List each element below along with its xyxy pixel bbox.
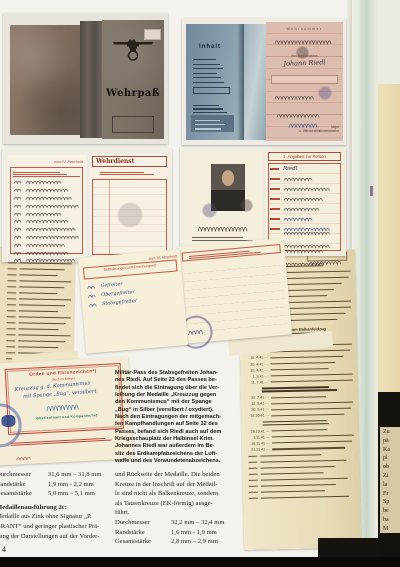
person-data-title: 1. Angaben zur Person	[268, 152, 341, 161]
ink-blot	[1, 415, 16, 428]
handwriting-squiggle	[25, 258, 77, 263]
handwriting-squiggle	[13, 196, 22, 201]
clipped-text-fragment: ob	[383, 463, 400, 472]
handwritten-row	[13, 257, 80, 265]
handwriting-squiggle	[86, 284, 97, 290]
text-line-bar	[193, 105, 219, 106]
table-header	[13, 169, 80, 177]
dash: —	[264, 368, 268, 372]
handwritten-entries	[13, 179, 80, 265]
dash: —	[266, 429, 270, 433]
dash: —	[266, 435, 270, 439]
handwriting-squiggle	[25, 235, 80, 240]
entry-text-bar	[271, 407, 352, 410]
row-label	[270, 168, 283, 169]
handwritten-row	[13, 202, 80, 210]
dimension-term: Gesamtstärke	[115, 537, 171, 547]
photo-service-spread: zum IV. Abschnitt Wehrdienst	[2, 148, 172, 262]
clipped-text-fragment: Zu	[383, 428, 400, 437]
handwritten-row	[13, 195, 80, 203]
handwriting-squiggle	[25, 227, 76, 232]
dash: —	[265, 402, 269, 406]
text-line-bar	[13, 174, 67, 175]
photo-caption: Militär-Pass des Stabsgefreiten Johan- n…	[115, 370, 223, 465]
handwritten-row	[13, 226, 80, 234]
orders-box: Orden und Ehrenzeichen*) (auch im Kriege…	[5, 363, 124, 435]
issuer-rank-lines: Major u. Wehrbezirkskommandeur	[299, 125, 339, 133]
combat-entry-row: 18.10.41—	[247, 411, 353, 419]
handwriting-squiggle	[283, 197, 325, 202]
clipped-text-fragment: be	[383, 507, 400, 516]
dash: —	[265, 374, 269, 378]
combat-entry-row: 11. 7.41—	[247, 377, 353, 385]
contents-page: Inhalt	[186, 24, 244, 140]
name-box	[112, 116, 154, 133]
dimension-rows: Durchmesser32,2 mm – 32,4 mmRandstärke1,…	[115, 518, 241, 547]
clipped-text-fragment: la	[383, 481, 400, 490]
handwritten-row	[13, 218, 80, 226]
handwriting-squiggle	[283, 244, 331, 249]
form-band	[271, 75, 338, 84]
dimension-term: Randstärke	[0, 480, 48, 490]
portrait-page	[184, 151, 263, 252]
entry-date: 30. 9.41	[247, 408, 264, 412]
dimension-term: Randstärke	[115, 528, 171, 538]
handwriting-squiggle	[13, 188, 22, 193]
handwriting-squiggle	[13, 243, 22, 248]
text-line-bar	[193, 64, 220, 65]
text-line-bar	[13, 172, 60, 173]
variant-body-continued: und Rückseite der Medaille. Die beiden K…	[115, 470, 241, 518]
photo-wehrpass-inner-pages: Inhalt Wehrnummer des Paßinhabers Johann…	[182, 18, 346, 145]
dash: —	[265, 414, 269, 418]
text-line-bar	[195, 128, 221, 129]
clipped-text-fragment: Ka	[383, 446, 400, 455]
clipped-text-fragment: Sp	[383, 498, 400, 507]
orders-page: Orden und Ehrenzeichen*) (auch im Kriege…	[0, 357, 134, 466]
service-right-page: Wehrdienst	[90, 154, 169, 258]
contents-lines	[193, 56, 230, 86]
promotion-right-page	[177, 238, 292, 344]
handwriting-squiggle	[25, 251, 71, 256]
text-line-bar	[100, 174, 154, 175]
wehrdienst-title: Wehrdienst	[92, 156, 167, 167]
entry-date: 16. 4.41	[246, 356, 263, 360]
text-line-bar	[262, 389, 338, 392]
unit-stamp-icon	[318, 86, 332, 100]
handwriting-squiggle	[13, 235, 22, 240]
entry-text-bar	[271, 414, 344, 417]
combat-entries-block-3: 30. 7.41—12. 8.41—30. 9.41—18.10.41—	[247, 393, 353, 420]
section-corner-label: zum IV. Abschnitt	[54, 160, 83, 164]
entry-text-bar	[271, 429, 326, 431]
handwriting-squiggle	[283, 217, 315, 222]
facing-page-text-fragments: ZupäKaplobZilaFrSpbebaM	[380, 427, 400, 533]
table-row	[270, 204, 339, 214]
dash: —	[266, 441, 270, 445]
contents-note-box	[193, 87, 230, 94]
section-header-bars	[262, 386, 338, 392]
faint-stamp-icon	[117, 202, 143, 228]
text-line-bar	[193, 59, 216, 60]
surname-value: Riedl	[283, 166, 297, 172]
handwriting-squiggle	[13, 227, 22, 232]
handwriting-line	[274, 88, 314, 106]
dimension-value: 2,8 mm – 2,9 mm	[171, 537, 218, 547]
entry-date: 1.11.41	[248, 435, 265, 439]
handwritten-row	[13, 234, 80, 242]
red-annotation	[15, 448, 34, 467]
handwriting-squiggle	[25, 188, 69, 193]
page-fold-shadow	[237, 24, 244, 140]
rank-handwriting: Gefreiter	[100, 282, 123, 289]
handwriting-squiggle	[25, 180, 63, 185]
wehrpass-back-cover	[10, 25, 82, 135]
clipped-text-fragment: pl	[383, 454, 400, 463]
handwriting-squiggle	[15, 456, 33, 462]
handwriting-squiggle	[88, 302, 99, 308]
table-row: Riedl	[270, 164, 339, 174]
dash: —	[264, 362, 268, 366]
handwriting-squiggle	[283, 262, 323, 267]
text-line-bar	[193, 108, 223, 109]
wehrpass-spine	[80, 21, 102, 138]
photo-wehrpass-cover: Wehrpaß	[3, 13, 168, 144]
dash: —	[265, 395, 269, 399]
entry-text-bar	[270, 368, 328, 370]
handwritten-row	[13, 210, 80, 218]
text-line-bar	[193, 68, 223, 69]
stamp-icon	[240, 199, 253, 212]
text-line-bar	[270, 168, 279, 169]
table-row	[270, 184, 339, 194]
specs-right-column: und Rückseite der Medaille. Die beiden K…	[115, 470, 241, 547]
combat-entries-block-5	[248, 451, 355, 501]
dimension-value: 31,6 mm – 31,8 mm	[48, 470, 101, 480]
dimension-term: Durchmesser	[0, 470, 48, 480]
stamp-icon	[202, 203, 217, 218]
handwritten-row	[13, 187, 80, 195]
handwritten-row	[13, 249, 80, 257]
entry-date: 1. 5.41	[247, 374, 264, 378]
empty-table	[92, 179, 167, 255]
dimension-value: 32,2 mm – 32,4 mm	[171, 518, 224, 528]
handwriting-squiggle	[25, 212, 64, 217]
text-line-bar	[193, 82, 224, 83]
handwriting-squiggle	[46, 402, 80, 414]
handwritten-row	[13, 241, 80, 249]
text-line-bar	[262, 423, 328, 426]
owner-name-handwriting: Johann Riedl	[266, 58, 343, 69]
footnote-lines	[10, 435, 122, 447]
section-header-bars	[262, 420, 338, 426]
entry-date: 26. 4.41	[246, 368, 263, 372]
handwriting-squiggle	[187, 327, 206, 337]
entry-date: 16.11.41	[248, 441, 265, 445]
rank-handwriting: Stabsgefreiter	[102, 299, 137, 307]
book-page-scan: ZupäKaplobZilaFrSpbebaM 1. 4.40—25. 4.40…	[0, 0, 400, 567]
facing-page-photo	[378, 84, 400, 392]
entry-text-bar	[271, 435, 353, 438]
table-subheader	[92, 169, 167, 177]
contents-bottom-box	[191, 115, 234, 132]
handwriting-squiggle	[13, 180, 22, 185]
entry-date: 11. 7.41	[247, 380, 264, 384]
handwriting-squiggle	[13, 204, 22, 209]
dimension-row: Gesamtstärke2,8 mm – 2,9 mm	[115, 537, 241, 547]
promotion-entries: GefreiterObergefreiterStabsgefreiter	[86, 275, 180, 310]
issuer-unit: u. Wehrbezirkskommandeur	[299, 129, 339, 133]
scan-bottom-band	[0, 557, 400, 567]
table-row	[270, 174, 339, 184]
text-line-bar	[195, 124, 225, 125]
entry-text-bar	[270, 362, 336, 364]
handwriting-squiggle	[197, 225, 249, 234]
text-line-bar	[193, 112, 227, 113]
entry-date: 12. 8.41	[247, 402, 264, 406]
clipped-text-fragment: M	[383, 525, 400, 533]
handwriting-squiggle	[25, 204, 80, 209]
stamp-text-squiggle	[186, 322, 206, 342]
text-line-bar	[193, 73, 217, 74]
dash: —	[265, 380, 269, 384]
handwriting-squiggle	[13, 219, 22, 224]
wehrpass-title: Wehrpaß	[102, 88, 164, 99]
page-number: 4	[2, 545, 6, 554]
dimension-row: Randstärke1,6 mm - 1,9 mm	[115, 528, 241, 538]
entry-text-bar	[271, 396, 326, 398]
clipped-text-fragment: ba	[383, 516, 400, 525]
service-left-page: zum IV. Abschnitt	[7, 155, 86, 257]
dimension-term: Gesamtstärke	[0, 489, 48, 499]
dash: —	[264, 356, 268, 360]
entry-date: 18.10.41	[247, 414, 264, 418]
entry-date: 20. 4.41	[246, 362, 263, 366]
entry-text-bar	[270, 380, 352, 383]
handwriting-squiggle	[13, 258, 22, 263]
id-title-page: Wehrnummer des Paßinhabers Johann Riedl …	[266, 22, 343, 141]
text-line-bar	[192, 237, 243, 238]
handwriting-squiggle	[283, 177, 313, 182]
handwriting-squiggle	[283, 187, 330, 192]
gutter-mark	[370, 186, 373, 196]
page-curl	[244, 24, 266, 140]
handwriting-squiggle	[25, 196, 75, 201]
dash: —	[266, 447, 270, 451]
handwriting-squiggle	[283, 207, 320, 212]
handwriting-squiggle	[13, 251, 22, 256]
text-line-bar	[195, 120, 220, 121]
promotion-left-page: zum IV. Abschnitt Beförderungen und Erne…	[78, 249, 188, 354]
text-line-bar	[193, 77, 221, 78]
wehrpass-front-cover: Wehrpaß	[102, 20, 164, 139]
handwritten-row	[13, 179, 80, 187]
eagle-emblem-icon	[111, 35, 155, 63]
wehrnummer-label: Wehrnummer	[266, 27, 343, 31]
list-row	[249, 493, 355, 501]
entry-text-bar	[272, 447, 345, 450]
handwriting-squiggle	[274, 39, 332, 46]
entry-date: 30. 7.41	[247, 396, 264, 400]
clipped-text-fragment: Fr	[383, 490, 400, 499]
dimension-term: Durchmesser	[115, 518, 171, 528]
dimension-row: Durchmesser32,2 mm – 32,4 mm	[115, 518, 241, 528]
dash: —	[265, 408, 269, 412]
dimension-value: 1,6 mm - 1,9 mm	[171, 528, 217, 538]
table-row	[270, 194, 339, 204]
clipped-text-fragment: Zi	[383, 472, 400, 481]
entry-text-bar	[270, 374, 352, 377]
handwriting-squiggle	[274, 95, 314, 101]
handwriting-squiggle	[87, 293, 98, 299]
clipped-text-fragment: pä	[383, 437, 400, 446]
contents-heading: Inhalt	[186, 44, 234, 50]
handwriting-squiggle	[13, 212, 22, 217]
entry-text-bar	[272, 441, 353, 444]
entry-date: 21.11.41	[248, 447, 265, 451]
service-entries-table	[10, 167, 83, 254]
handwriting-squiggle	[25, 219, 70, 224]
table-column-rule	[109, 180, 110, 254]
dimension-value: 5,0 mm – 5,1 mm	[48, 489, 95, 499]
entry-text-bar	[270, 356, 343, 359]
text-line-bar	[100, 172, 144, 173]
handwriting-squiggle	[25, 243, 65, 248]
entry-date: 28.10.41	[248, 429, 265, 433]
entry-text-bar	[271, 401, 353, 404]
dimension-value: 1,9 mm - 2,2 mm	[48, 480, 94, 490]
combat-entries-block-4: 28.10.41—1.11.41—16.11.41—21.11.41—	[248, 426, 354, 453]
